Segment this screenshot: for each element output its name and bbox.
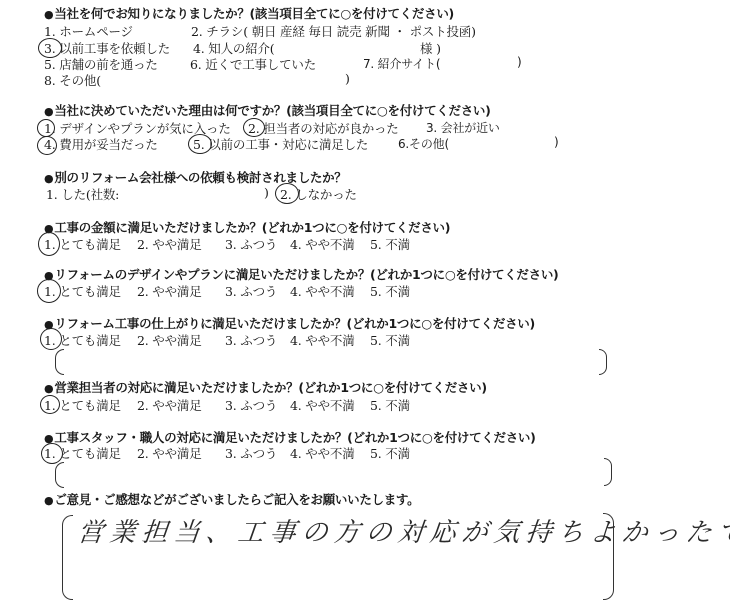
q8-option-4[interactable]: 4. やや不満 xyxy=(290,444,355,462)
q8-option-3[interactable]: 3. ふつう xyxy=(225,444,277,462)
q1-option-2[interactable]: 2. チラシ( 朝日 産経 毎日 読売 新聞 ・ ポスト投函) xyxy=(191,22,476,40)
q9-comment-bracket-right xyxy=(603,513,614,600)
question-2-text: 当社に決めていただいた理由は何ですか？(該当項目全てに○を付けてください) xyxy=(54,103,490,118)
q5-option-4[interactable]: 4. やや不満 xyxy=(290,282,355,300)
q6-option-5[interactable]: 5. 不満 xyxy=(370,331,410,349)
q8-comment-bracket-left xyxy=(55,462,64,488)
q8-comment-bracket-right xyxy=(604,458,612,486)
q5-option-2[interactable]: 2. やや満足 xyxy=(137,282,202,300)
q4-option-1[interactable]: 1. とても満足 xyxy=(44,235,121,253)
q1-option-7[interactable]: 7. 紹介サイト( xyxy=(363,55,440,72)
question-9-text: ご意見・ご感想などがございましたらご記入をお願いいたします。 xyxy=(54,492,419,507)
question-7-text: 営業担当者の対応に満足いただけましたか？(どれか1つに○を付けてください) xyxy=(54,380,486,395)
bullet-icon: ● xyxy=(44,172,53,185)
q5-option-5[interactable]: 5. 不満 xyxy=(370,282,410,300)
question-7-title: ●営業担当者の対応に満足いただけましたか？(どれか1つに○を付けてください) xyxy=(44,378,487,396)
q2-option-4[interactable]: 4. 費用が妥当だった xyxy=(44,135,158,153)
q1-option-1[interactable]: 1. ホームページ xyxy=(44,22,133,40)
q3-option-2[interactable]: 2. しなかった xyxy=(280,185,357,203)
q6-option-2[interactable]: 2. やや満足 xyxy=(137,331,202,349)
q1-option-6[interactable]: 6. 近くで工事していた xyxy=(190,55,316,73)
q1-option-8[interactable]: 8. その他( xyxy=(44,71,101,89)
q6-comment-field[interactable] xyxy=(64,349,599,373)
question-8-text: 工事スタッフ・職人の対応に満足いただけましたか？(どれか1つに○を付けてください… xyxy=(54,430,535,445)
q8-option-2[interactable]: 2. やや満足 xyxy=(137,444,202,462)
q6-option-3[interactable]: 3. ふつう xyxy=(225,331,277,349)
bullet-icon: ● xyxy=(44,269,53,282)
q8-option-5[interactable]: 5. 不満 xyxy=(370,444,410,462)
q4-option-3[interactable]: 3. ふつう xyxy=(225,235,277,253)
question-6-title: ●リフォーム工事の仕上がりに満足いただけましたか？(どれか1つに○を付けてくださ… xyxy=(44,314,535,332)
q5-option-3[interactable]: 3. ふつう xyxy=(225,282,277,300)
q4-option-5[interactable]: 5. 不満 xyxy=(370,235,410,253)
q6-option-1[interactable]: 1. とても満足 xyxy=(44,331,121,349)
q6-comment-bracket-right xyxy=(599,349,607,375)
q8-comment-field[interactable] xyxy=(64,462,604,486)
q2-option-6-close: ) xyxy=(554,135,558,149)
question-6-text: リフォーム工事の仕上がりに満足いただけましたか？(どれか1つに○を付けてください… xyxy=(54,316,535,331)
q7-option-5[interactable]: 5. 不満 xyxy=(370,396,410,414)
bullet-icon: ● xyxy=(44,8,53,21)
q1-option-7-close: ) xyxy=(517,55,521,69)
q6-option-4[interactable]: 4. やや不満 xyxy=(290,331,355,349)
question-3-title: ●別のリフォーム会社様への依頼も検討されましたか？ xyxy=(44,168,347,186)
bullet-icon: ● xyxy=(44,105,53,118)
question-4-title: ●工事の金額に満足いただけましたか？(どれか1つに○を付けてください) xyxy=(44,218,450,236)
q2-option-3[interactable]: 3. 会社が近い xyxy=(426,119,500,136)
bullet-icon: ● xyxy=(44,382,53,395)
question-9-title: ●ご意見・ご感想などがございましたらご記入をお願いいたします。 xyxy=(44,490,419,508)
q6-comment-bracket-left xyxy=(55,349,64,375)
q3-option-1-close: ) xyxy=(264,185,269,200)
q4-option-4[interactable]: 4. やや不満 xyxy=(290,235,355,253)
question-3-text: 別のリフォーム会社様への依頼も検討されましたか？ xyxy=(54,170,346,185)
question-2-title: ●当社に決めていただいた理由は何ですか？(該当項目全てに○を付けてください) xyxy=(44,101,491,119)
q7-option-4[interactable]: 4. やや不満 xyxy=(290,396,355,414)
q7-option-2[interactable]: 2. やや満足 xyxy=(137,396,202,414)
q7-option-3[interactable]: 3. ふつう xyxy=(225,396,277,414)
q4-option-2[interactable]: 2. やや満足 xyxy=(137,235,202,253)
q5-option-1[interactable]: 1. とても満足 xyxy=(44,282,121,300)
q9-handwritten-answer[interactable]: 営業担当、工事の方の対応が気持ちよかったです xyxy=(76,512,730,549)
question-4-text: 工事の金額に満足いただけましたか？(どれか1つに○を付けてください) xyxy=(54,220,450,235)
q1-option-8-close: ) xyxy=(345,71,350,86)
question-5-text: リフォームのデザインやプランに満足いただけましたか？(どれか1つに○を付けてくだ… xyxy=(54,267,558,282)
q9-comment-bracket-left xyxy=(62,515,73,600)
q2-option-6[interactable]: 6.その他( xyxy=(398,135,449,152)
question-1-title: ●当社を何でお知りになりましたか？(該当項目全てに○を付けてください) xyxy=(44,4,454,22)
q3-option-1[interactable]: 1. した(社数: xyxy=(46,185,119,203)
question-1-text: 当社を何でお知りになりましたか？(該当項目全てに○を付けてください) xyxy=(54,6,454,21)
bullet-icon: ● xyxy=(44,222,53,235)
q2-option-5[interactable]: 5. 以前の工事・対応に満足した xyxy=(193,135,368,153)
bullet-icon: ● xyxy=(44,318,53,331)
q8-option-1[interactable]: 1. とても満足 xyxy=(44,444,121,462)
q7-option-1[interactable]: 1. とても満足 xyxy=(44,396,121,414)
question-5-title: ●リフォームのデザインやプランに満足いただけましたか？(どれか1つに○を付けてく… xyxy=(44,265,558,283)
bullet-icon: ● xyxy=(44,494,53,507)
